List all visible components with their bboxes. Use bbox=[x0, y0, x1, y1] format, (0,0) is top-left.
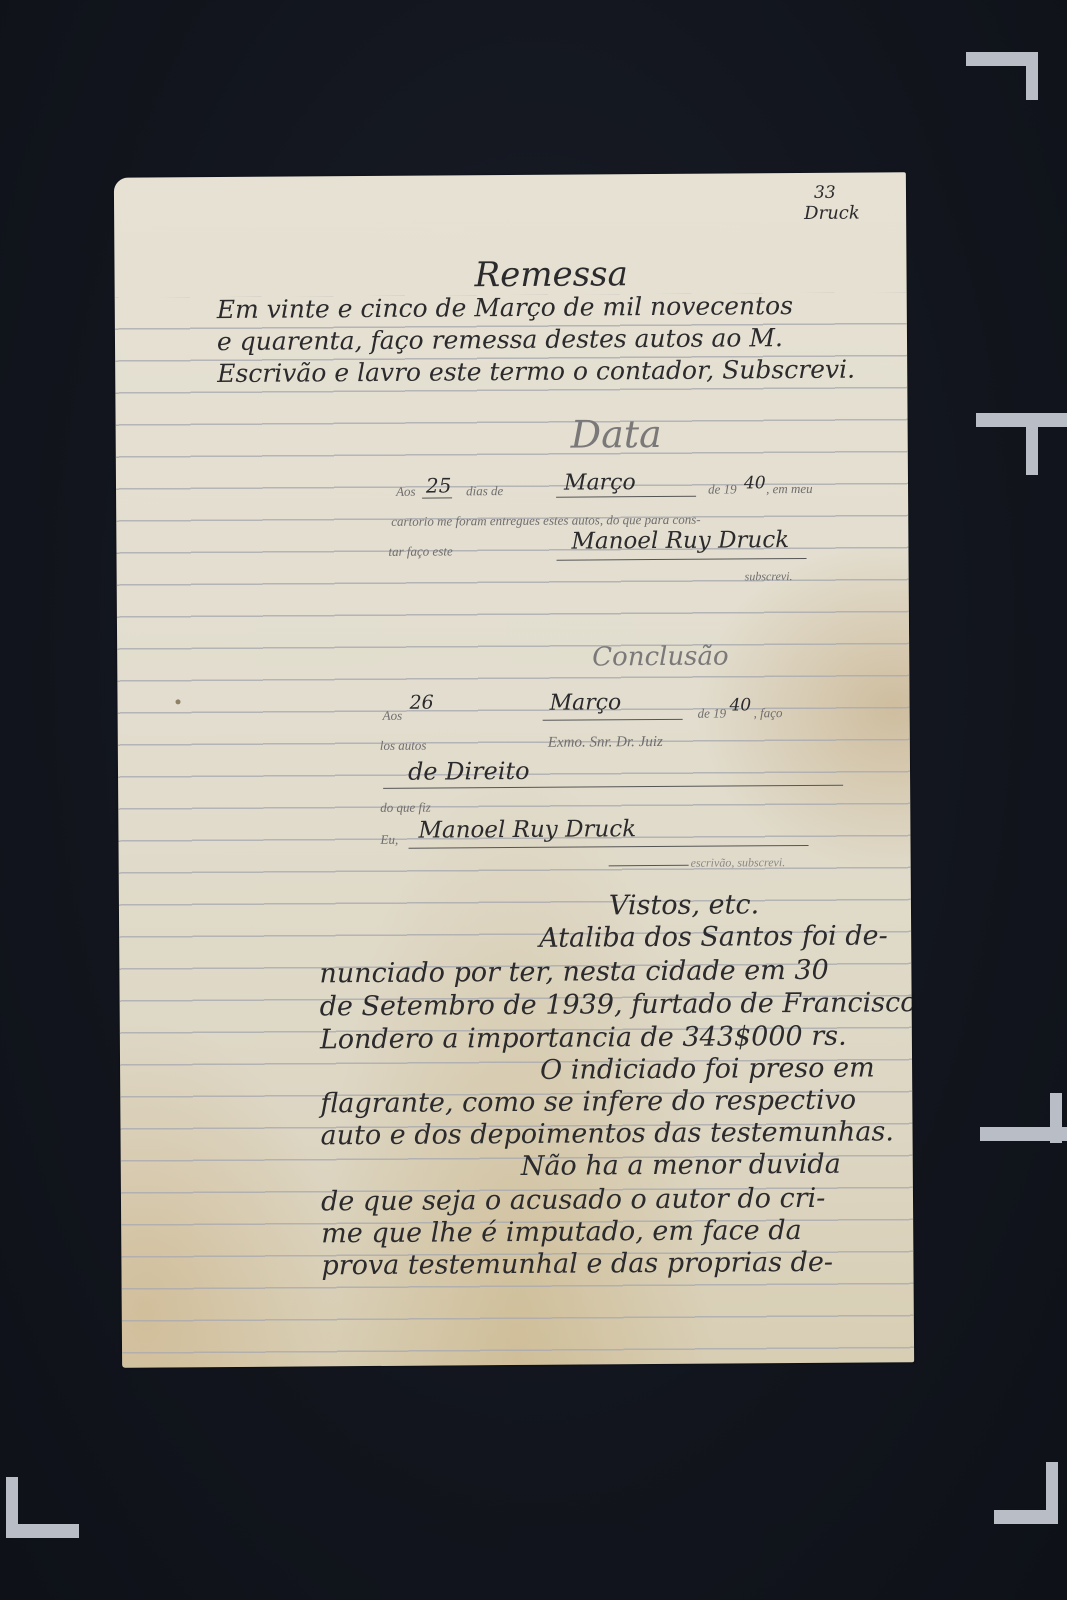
sentence-line-8: Não ha a menor duvida bbox=[521, 1149, 841, 1182]
conclusao-month-field: Março bbox=[549, 690, 621, 716]
page-rubric: Druck bbox=[804, 203, 860, 224]
conclusao-line-4: do que fiz bbox=[380, 800, 431, 816]
data-aos-label: Aos bbox=[396, 484, 416, 500]
stain-spot bbox=[175, 699, 180, 704]
data-line-3-prefix: tar faço este bbox=[388, 543, 452, 559]
conclusao-signature: Manoel Ruy Druck bbox=[418, 816, 636, 844]
remessa-line-1: Em vinte e cinco de Março de mil novecen… bbox=[217, 291, 793, 324]
conclusao-eu-label: Eu, bbox=[380, 832, 398, 848]
sentence-line-10: me que lhe é imputado, em face da bbox=[321, 1215, 802, 1249]
data-month-field: Março bbox=[564, 470, 636, 496]
data-year-label: de 19 bbox=[708, 481, 737, 497]
conclusao-suffix-label: , faço bbox=[754, 705, 783, 721]
data-signature: Manoel Ruy Druck bbox=[571, 527, 789, 555]
conclusao-aos-label: Aos bbox=[383, 708, 403, 724]
sentence-line-2: nunciado por ter, nesta cidade em 30 bbox=[319, 955, 829, 990]
remessa-line-3: Escrivão e lavro este termo o contador, … bbox=[217, 355, 855, 388]
conclusao-year-label: de 19 bbox=[698, 706, 727, 722]
remessa-line-2: e quarenta, faço remessa destes autos ao… bbox=[217, 323, 783, 356]
sentence-line-5: O indiciado foi preso em bbox=[540, 1052, 875, 1085]
conclusao-form-title: Conclusão bbox=[592, 641, 729, 672]
sentence-line-4: Londero a importancia de 343$000 rs. bbox=[320, 1021, 847, 1056]
data-day-field: 25 bbox=[426, 473, 452, 497]
conclusao-year-field: 40 bbox=[729, 695, 751, 715]
sentence-line-1: Ataliba dos Santos foi de- bbox=[539, 920, 888, 953]
sentence-line-6: flagrante, como se infere do respectivo bbox=[320, 1085, 856, 1120]
conclusao-day-field: 26 bbox=[409, 692, 433, 714]
conclusao-line-3: de Direito bbox=[408, 757, 530, 786]
sentence-heading: Vistos, etc. bbox=[609, 889, 759, 921]
conclusao-line-2-prefix: los autos bbox=[380, 738, 427, 754]
data-closing: subscrevi. bbox=[745, 569, 793, 584]
conclusao-closing: escrivão, subscrevi. bbox=[691, 855, 786, 871]
data-year-field: 40 bbox=[744, 473, 766, 493]
sentence-line-3: de Setembro de 1939, furtado de Francisc… bbox=[320, 987, 915, 1022]
conclusao-addressee: Exmo. Snr. Dr. Juiz bbox=[548, 734, 663, 752]
sentence-line-11: prova testemunhal e das proprias de- bbox=[321, 1247, 833, 1282]
page-number: 33 bbox=[814, 183, 836, 203]
data-dias-label: dias de bbox=[466, 483, 503, 499]
data-suffix-label: , em meu bbox=[766, 481, 813, 497]
remessa-title: Remessa bbox=[474, 254, 628, 295]
sentence-line-7: auto e dos depoimentos das testemunhas. bbox=[320, 1116, 894, 1151]
sentence-line-9: de que seja o acusado o autor do cri- bbox=[321, 1183, 826, 1218]
document-page: 33 Druck Remessa Em vinte e cinco de Mar… bbox=[114, 172, 914, 1368]
data-form-title: Data bbox=[571, 412, 662, 457]
